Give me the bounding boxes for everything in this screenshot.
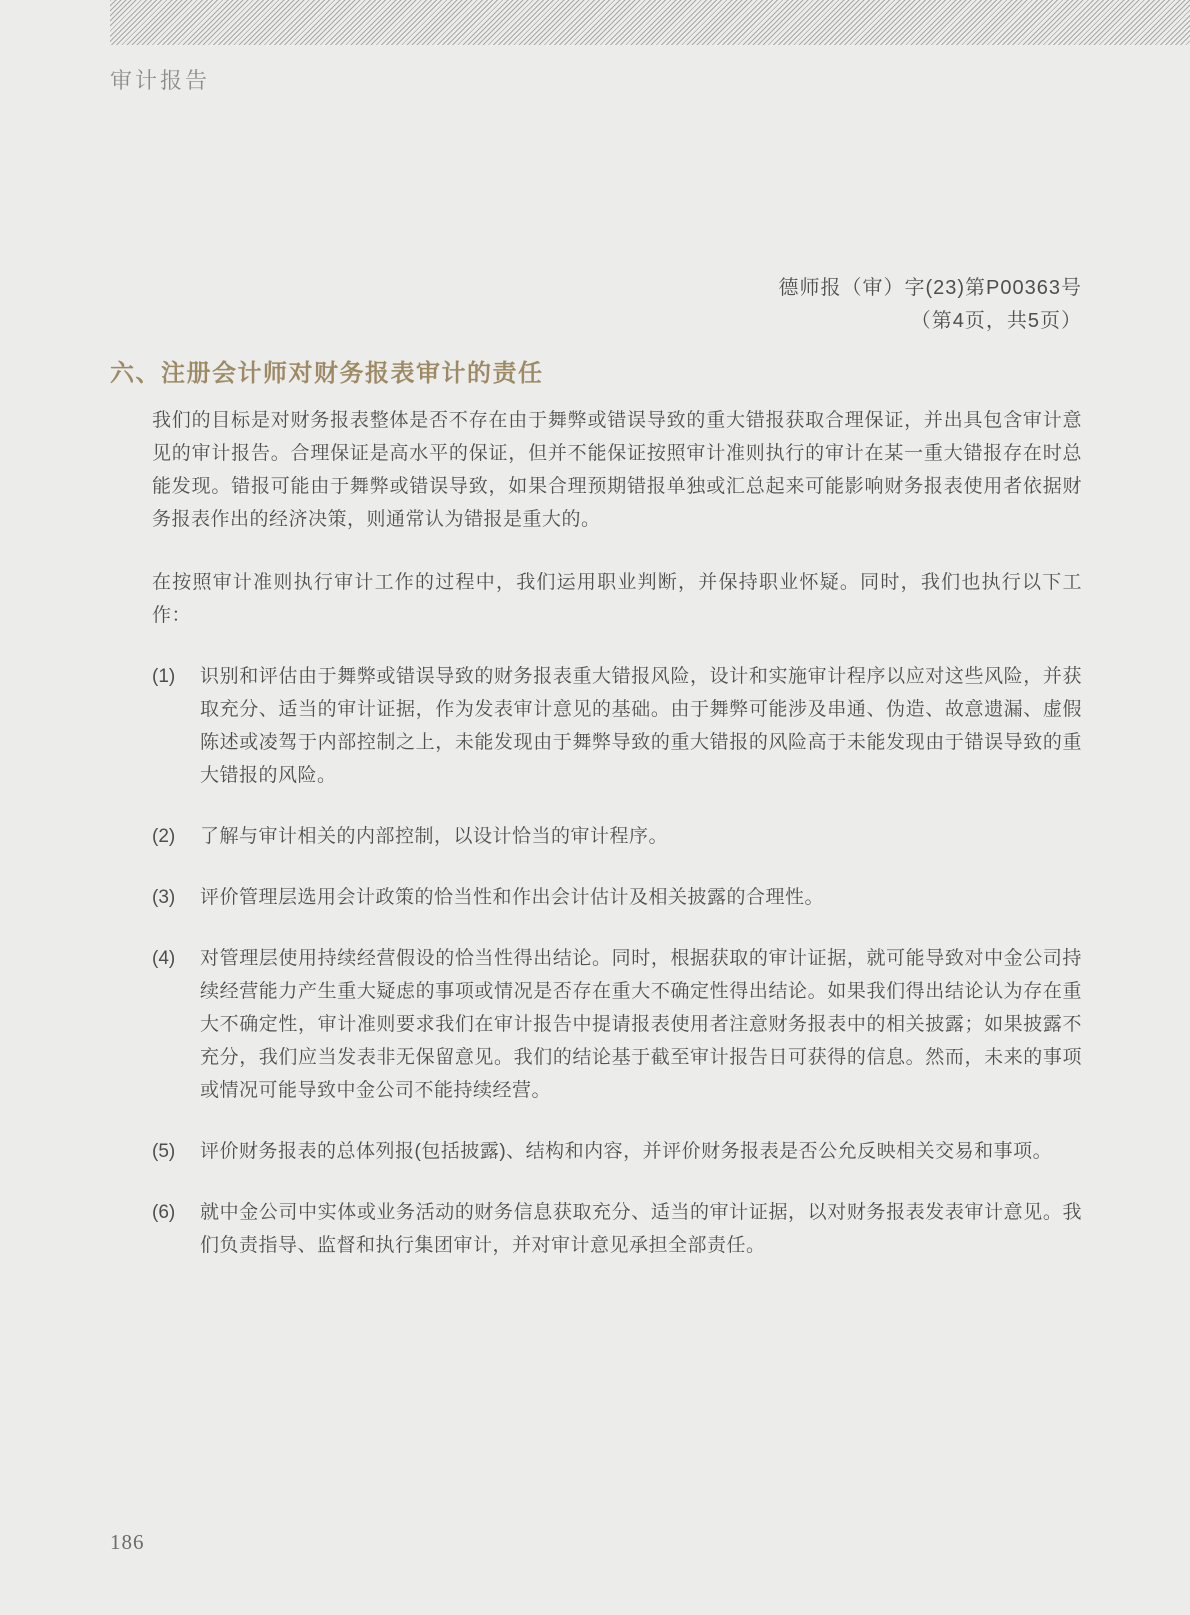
list-item-marker: (5) [152,1135,200,1168]
list-item-text: 识别和评估由于舞弊或错误导致的财务报表重大错报风险，设计和实施审计程序以应对这些… [200,660,1082,792]
section-content: 我们的目标是对财务报表整体是否不存在由于舞弊或错误导致的重大错报获取合理保证，并… [152,404,1082,1262]
list-item: (2) 了解与审计相关的内部控制，以设计恰当的审计程序。 [152,820,1082,853]
list-item: (4) 对管理层使用持续经营假设的恰当性得出结论。同时，根据获取的审计证据，就可… [152,942,1082,1107]
list-item-marker: (3) [152,881,200,914]
page-header-label: 审计报告 [110,66,1190,96]
page-indicator: （第4页，共5页） [0,305,1082,338]
list-item: (5) 评价财务报表的总体列报(包括披露)、结构和内容，并评价财务报表是否公允反… [152,1135,1082,1168]
reference-number: 德师报（审）字(23)第P00363号 [0,272,1082,305]
list-item-text: 对管理层使用持续经营假设的恰当性得出结论。同时，根据获取的审计证据，就可能导致对… [200,942,1082,1107]
section-heading: 六、注册会计师对财务报表审计的责任 [110,358,1082,390]
list-item-text: 就中金公司中实体或业务活动的财务信息获取充分、适当的审计证据，以对财务报表发表审… [200,1196,1082,1262]
list-item: (3) 评价管理层选用会计政策的恰当性和作出会计估计及相关披露的合理性。 [152,881,1082,914]
list-item-text: 评价管理层选用会计政策的恰当性和作出会计估计及相关披露的合理性。 [200,881,1082,914]
list-item-marker: (4) [152,942,200,975]
list-item: (6) 就中金公司中实体或业务活动的财务信息获取充分、适当的审计证据，以对财务报… [152,1196,1082,1262]
paragraph-objective: 我们的目标是对财务报表整体是否不存在由于舞弊或错误导致的重大错报获取合理保证，并… [152,404,1082,536]
document-reference-block: 德师报（审）字(23)第P00363号 （第4页，共5页） [0,272,1082,338]
list-item: (1) 识别和评估由于舞弊或错误导致的财务报表重大错报风险，设计和实施审计程序以… [152,660,1082,792]
list-item-text: 评价财务报表的总体列报(包括披露)、结构和内容，并评价财务报表是否公允反映相关交… [200,1135,1082,1168]
paragraph-professional-judgment: 在按照审计准则执行审计工作的过程中，我们运用职业判断，并保持职业怀疑。同时，我们… [152,566,1082,632]
page-number: 186 [110,1530,145,1555]
list-item-marker: (2) [152,820,200,853]
list-item-marker: (6) [152,1196,200,1229]
audit-report-page: 审计报告 德师报（审）字(23)第P00363号 （第4页，共5页） 六、注册会… [0,0,1190,1615]
list-item-text: 了解与审计相关的内部控制，以设计恰当的审计程序。 [200,820,1082,853]
diagonal-hatch-band [110,0,1190,45]
list-item-marker: (1) [152,660,200,693]
